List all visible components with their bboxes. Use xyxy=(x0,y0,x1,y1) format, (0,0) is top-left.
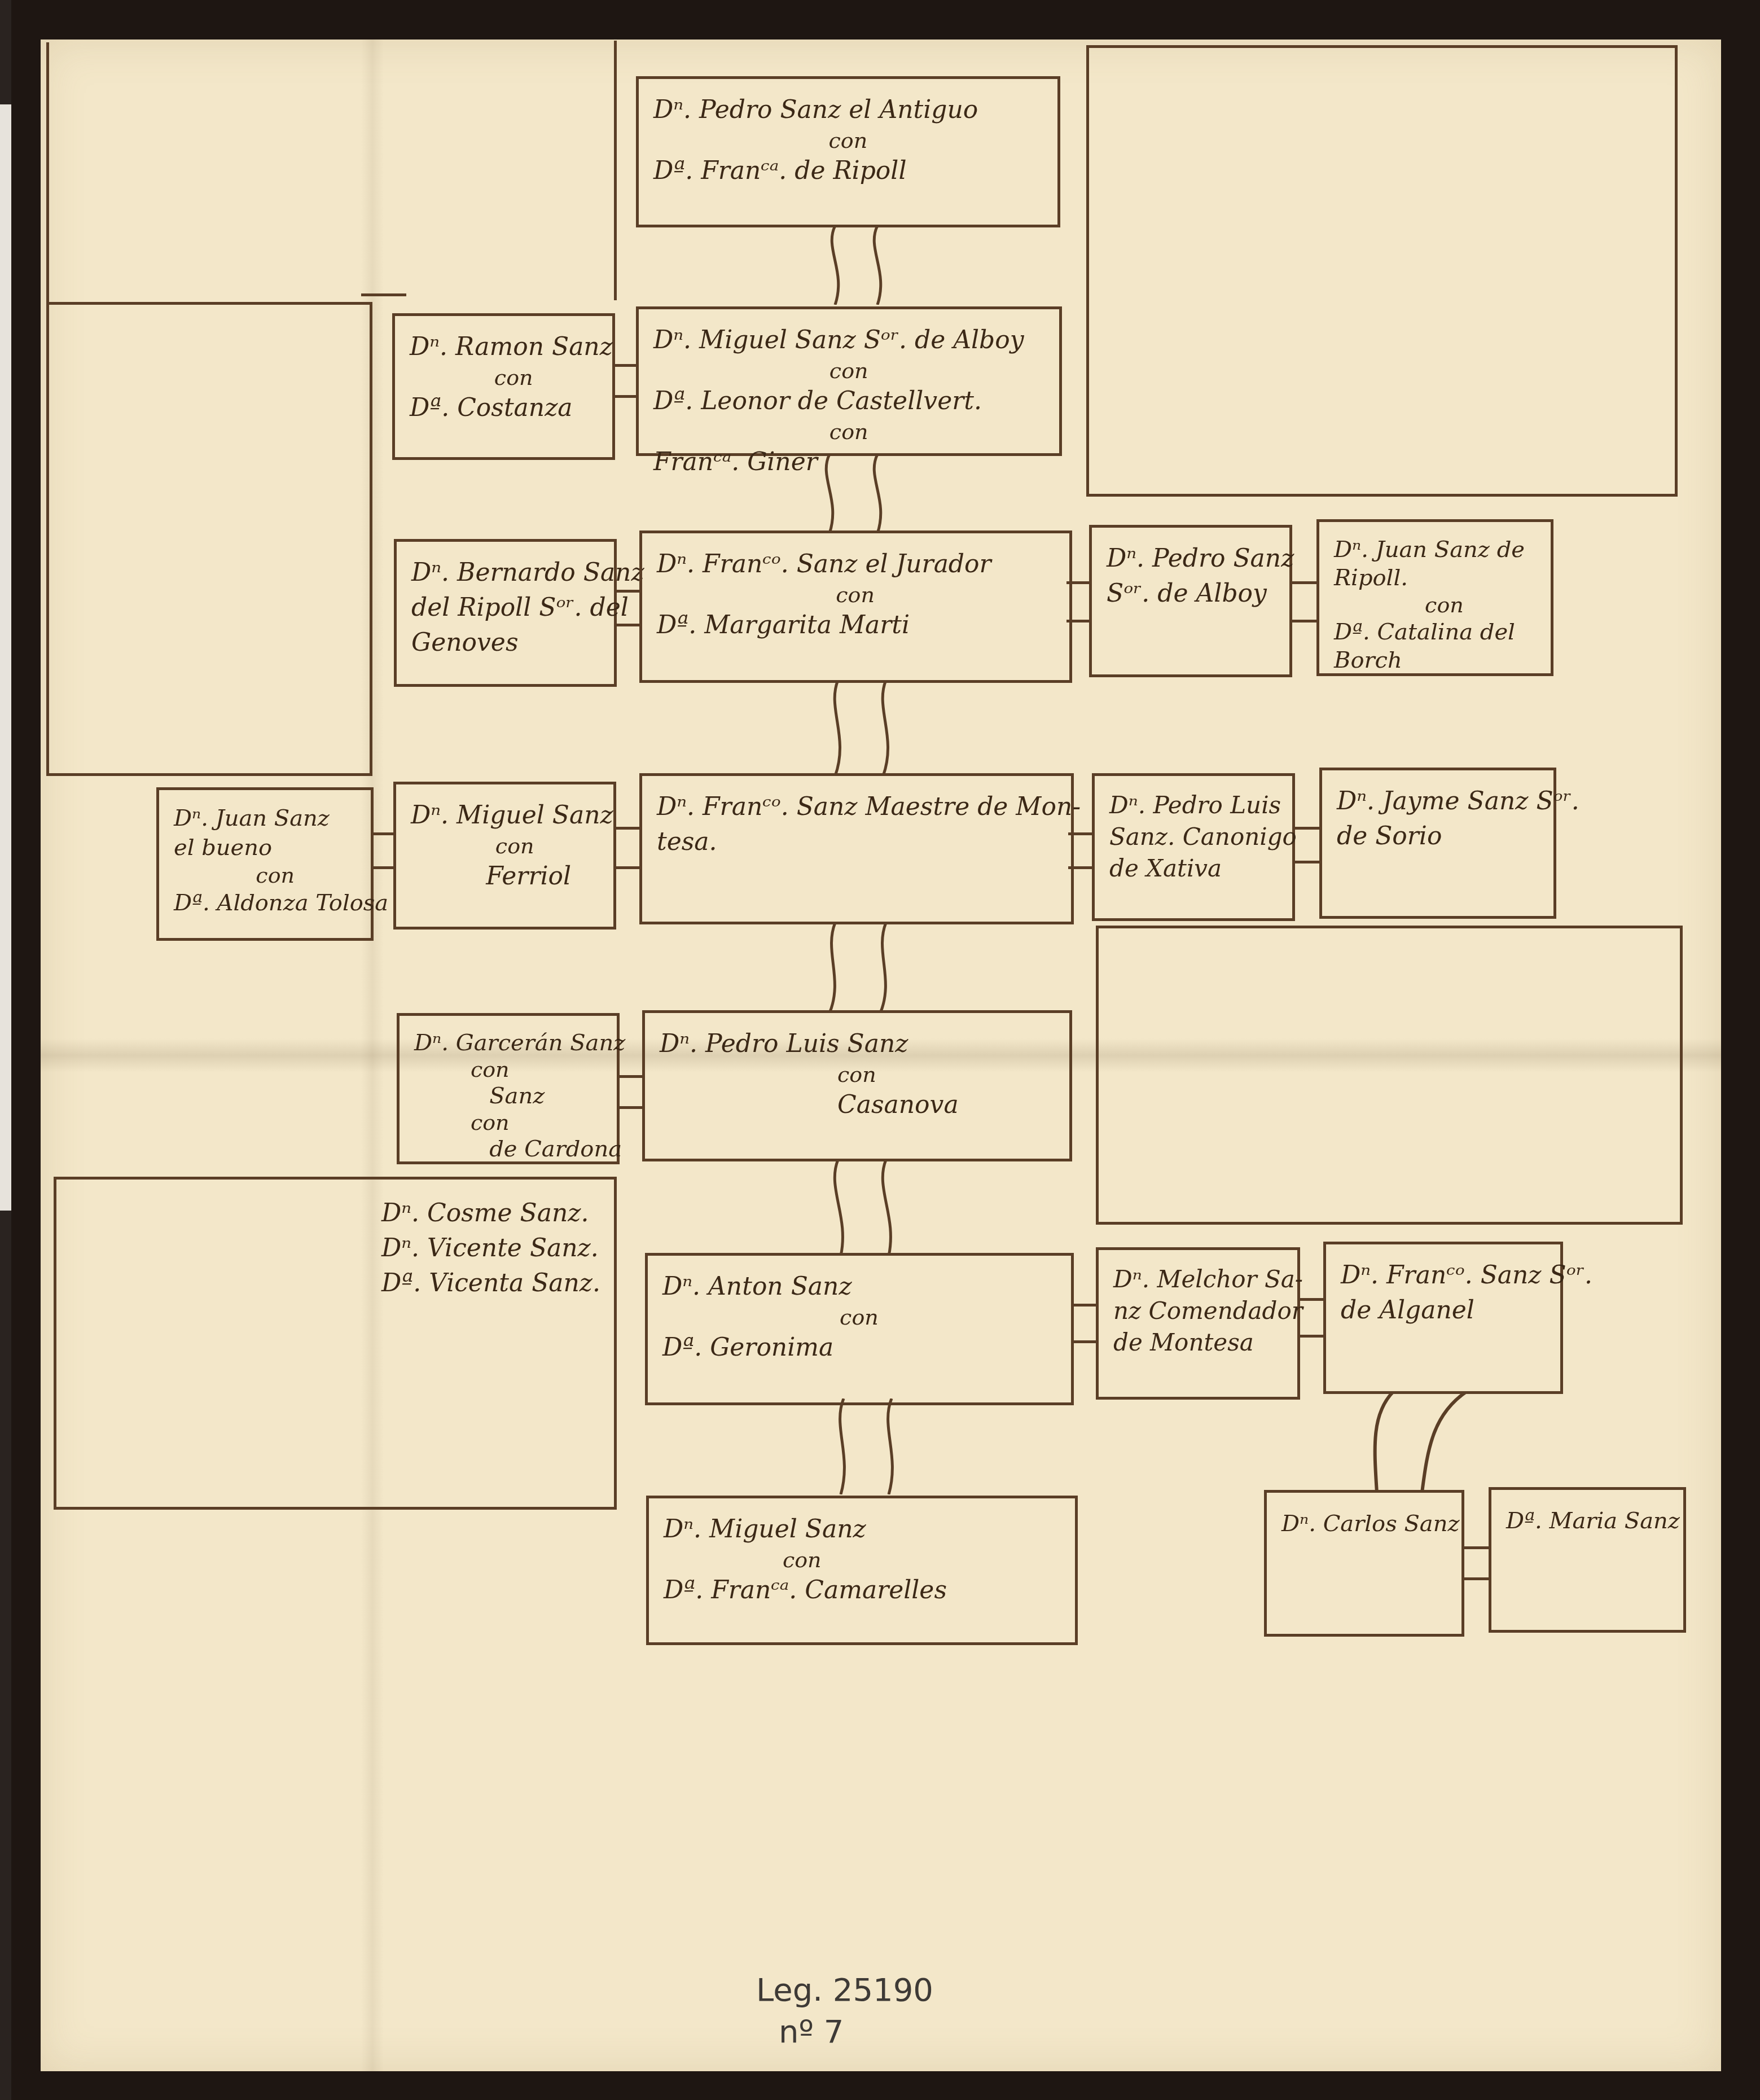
sibling-connector xyxy=(615,866,640,869)
person-title: de Sorio xyxy=(1337,819,1539,854)
empty-frame-top-left-rule xyxy=(361,293,406,296)
person-name: Dⁿ. Anton Sanz xyxy=(662,1269,1056,1304)
person-epithet: el bueno xyxy=(174,833,356,862)
marriage-connector-text: con xyxy=(653,358,1044,384)
spouse-name: Casanova xyxy=(660,1088,1055,1123)
person-name: Dª. Vicenta Sanz. xyxy=(381,1266,600,1301)
person-box-ramon-sanz: Dⁿ. Ramon Sanz con Dª. Costanza xyxy=(392,313,615,460)
person-title: de Alganel xyxy=(1341,1293,1546,1328)
person-title: del Ripoll Sᵒʳ. del xyxy=(411,590,599,625)
person-box-miguel-sanz-ferriol: Dⁿ. Miguel Sanz con Ferriol xyxy=(393,782,616,930)
person-box-melchor-sanz-comendador: Dⁿ. Melchor Sa- nz Comendador de Montesa xyxy=(1096,1247,1300,1400)
sibling-connector xyxy=(1463,1546,1489,1549)
sibling-connector xyxy=(1072,1304,1098,1307)
marriage-connector-text: con xyxy=(660,1062,1055,1088)
marriage-connector-text: con xyxy=(414,1110,602,1136)
person-title: Genoves xyxy=(411,625,599,660)
empty-frame-top-center-left xyxy=(614,41,617,300)
empty-frame-left-upper xyxy=(48,302,372,776)
sibling-connector xyxy=(1066,620,1092,622)
person-title: de Xativa xyxy=(1109,853,1278,884)
person-box-miguel-sanz-alboy: Dⁿ. Miguel Sanz Sᵒʳ. de Alboy con Dª. Le… xyxy=(636,306,1062,456)
person-box-juan-sanz-ripoll: Dⁿ. Juan Sanz de Ripoll. con Dª. Catalin… xyxy=(1316,519,1553,676)
spouse-name-cont: Borch xyxy=(1334,646,1536,674)
person-name: Dⁿ. Franᶜᵒ. Sanz el Jurador xyxy=(657,547,1055,582)
person-name: Dª. Maria Sanz xyxy=(1506,1503,1669,1538)
color-card-edge xyxy=(0,104,11,1211)
sibling-connector xyxy=(1068,866,1094,869)
person-box-juan-sanz-el-bueno: Dⁿ. Juan Sanz el bueno con Dª. Aldonza T… xyxy=(156,787,374,941)
sibling-connector xyxy=(1299,1335,1324,1338)
sibling-connector xyxy=(615,364,638,367)
sibling-connector xyxy=(1294,827,1319,830)
person-name: Dⁿ. Pedro Sanz el Antiguo xyxy=(653,93,1043,128)
person-name: Dⁿ. Vicente Sanz. xyxy=(381,1231,600,1266)
empty-frame-top-right xyxy=(1086,45,1678,497)
person-title: de Montesa xyxy=(1113,1327,1283,1358)
person-box-bernardo-sanz: Dⁿ. Bernardo Sanz del Ripoll Sᵒʳ. del Ge… xyxy=(394,539,617,687)
person-name: Dⁿ. Carlos Sanz xyxy=(1281,1506,1447,1541)
person-name: Dⁿ. Cosme Sanz. xyxy=(381,1196,600,1231)
person-name: Dⁿ. Pedro Luis Sanz xyxy=(660,1027,1055,1062)
person-box-pedro-luis-sanz-casanova: Dⁿ. Pedro Luis Sanz con Casanova xyxy=(642,1010,1072,1161)
sibling-connector xyxy=(1068,832,1094,835)
sibling-connector xyxy=(615,827,640,830)
marriage-connector-text: con xyxy=(657,582,1055,608)
descent-line-icon xyxy=(824,226,892,305)
spouse-name: Dª. Franᶜᵃ. Camarelles xyxy=(664,1573,1060,1608)
descent-line-icon xyxy=(824,680,897,776)
sibling-connector xyxy=(1294,861,1319,863)
person-box-francisco-sanz-maestre-montesa: Dⁿ. Franᶜᵒ. Sanz Maestre de Mon- tesa. xyxy=(639,773,1074,924)
descent-line-icon xyxy=(827,1160,900,1256)
descent-line-icon xyxy=(818,923,897,1013)
sibling-connector xyxy=(372,866,396,869)
person-box-anton-sanz: Dⁿ. Anton Sanz con Dª. Geronima xyxy=(645,1253,1074,1405)
sibling-connector xyxy=(615,395,638,398)
person-box-maria-sanz: Dª. Maria Sanz xyxy=(1489,1487,1686,1633)
sibling-connector xyxy=(1299,1298,1324,1301)
spouse-name: Dª. Margarita Marti xyxy=(657,608,1055,643)
sibling-connector xyxy=(1066,581,1092,584)
spouse-name: Dª. Leonor de Castellvert. xyxy=(653,384,1044,419)
person-name: Dⁿ. Juan Sanz xyxy=(174,804,356,833)
person-name: Dⁿ. Miguel Sanz Sᵒʳ. de Alboy xyxy=(653,323,1044,358)
person-name: Dⁿ. Pedro Luis xyxy=(1109,790,1278,821)
descent-line-icon xyxy=(1371,1391,1484,1493)
spouse-name: Dª. Franᶜᵃ. de Ripoll xyxy=(653,154,1043,188)
sibling-connector xyxy=(1463,1577,1489,1580)
person-box-siblings-cosme-vicente-vicenta: Dⁿ. Cosme Sanz. Dⁿ. Vicente Sanz. Dª. Vi… xyxy=(367,1182,615,1307)
sibling-connector xyxy=(617,590,640,593)
spouse-name: Sanz xyxy=(414,1082,602,1110)
person-name: Dⁿ. Franᶜᵒ. Sanz Sᵒʳ. xyxy=(1341,1258,1546,1293)
archive-item-number: nº 7 xyxy=(756,2011,933,2053)
person-name: Dⁿ. Bernardo Sanz xyxy=(411,555,599,590)
spouse-name: Dª. Costanza xyxy=(410,391,598,426)
person-box-garceran-sanz: Dⁿ. Garcerán Sanz con Sanz con de Cardon… xyxy=(397,1013,620,1164)
marriage-connector-text: con xyxy=(414,1056,602,1082)
person-name: Dⁿ. Melchor Sa- xyxy=(1113,1264,1283,1295)
person-name: Dⁿ. Juan Sanz de xyxy=(1334,536,1536,564)
person-name: Dⁿ. Miguel Sanz xyxy=(664,1512,1060,1547)
person-title: Sᵒʳ. de Alboy xyxy=(1107,576,1275,611)
scanner-edge-strip xyxy=(0,0,11,2100)
spouse-name: Ferriol xyxy=(411,859,599,894)
marriage-connector-text: con xyxy=(1334,592,1536,618)
person-name: Dⁿ. Miguel Sanz xyxy=(411,798,599,833)
archive-reference-mark: Leg. 25190 nº 7 xyxy=(756,1970,933,2053)
marriage-connector-text: con xyxy=(662,1304,1056,1330)
empty-frame-mid-right xyxy=(1096,926,1683,1225)
spouse-name: Dª. Catalina del xyxy=(1334,618,1536,646)
marriage-connector-text: con xyxy=(174,862,356,888)
marriage-connector-text: con xyxy=(411,833,599,859)
person-title: nz Comendador xyxy=(1113,1295,1283,1327)
marriage-connector-text: con xyxy=(653,419,1044,445)
person-title: Sanz. Canonigo xyxy=(1109,821,1278,853)
person-name: Dⁿ. Garcerán Sanz xyxy=(414,1029,602,1056)
spouse-name-2: de Cardona xyxy=(414,1136,602,1163)
person-name: Dⁿ. Jayme Sanz Sᵒʳ. xyxy=(1337,784,1539,819)
person-name-cont: Ripoll. xyxy=(1334,564,1536,592)
person-box-pedro-sanz-alboy: Dⁿ. Pedro Sanz Sᵒʳ. de Alboy xyxy=(1089,525,1292,677)
person-box-francisco-sanz-jurador: Dⁿ. Franᶜᵒ. Sanz el Jurador con Dª. Marg… xyxy=(639,531,1072,683)
sibling-connector xyxy=(1291,620,1316,622)
spouse-name: Dª. Geronima xyxy=(662,1330,1056,1365)
spouse-name: Dª. Aldonza Tolosa xyxy=(174,888,356,918)
marriage-connector-text: con xyxy=(664,1547,1060,1573)
sibling-connector xyxy=(620,1075,643,1078)
archive-bundle-number: Leg. 25190 xyxy=(756,1970,933,2011)
sibling-connector xyxy=(1291,581,1316,584)
person-name: Dⁿ. Ramon Sanz xyxy=(410,330,598,365)
person-title-cont: tesa. xyxy=(657,825,1056,860)
sibling-connector xyxy=(617,624,640,626)
marriage-connector-text: con xyxy=(653,128,1043,154)
marriage-connector-text: con xyxy=(410,365,598,391)
person-name: Dⁿ. Pedro Sanz xyxy=(1107,541,1275,576)
person-box-carlos-sanz: Dⁿ. Carlos Sanz xyxy=(1264,1490,1464,1637)
person-box-pedro-sanz-antiguo: Dⁿ. Pedro Sanz el Antiguo con Dª. Franᶜᵃ… xyxy=(636,76,1060,227)
sibling-connector xyxy=(620,1106,643,1109)
person-name: Dⁿ. Franᶜᵒ. Sanz Maestre de Mon- xyxy=(657,790,1056,825)
sibling-connector xyxy=(372,832,396,835)
descent-line-icon xyxy=(829,1398,903,1494)
person-box-pedro-luis-sanz-canonigo: Dⁿ. Pedro Luis Sanz. Canonigo de Xativa xyxy=(1092,773,1295,921)
descent-line-icon xyxy=(818,454,892,533)
person-box-jayme-sanz-sorio: Dⁿ. Jayme Sanz Sᵒʳ. de Sorio xyxy=(1319,768,1556,919)
sibling-connector xyxy=(1072,1340,1098,1343)
person-box-miguel-sanz-camarelles: Dⁿ. Miguel Sanz con Dª. Franᶜᵃ. Camarell… xyxy=(646,1496,1078,1645)
person-box-francisco-sanz-alganel: Dⁿ. Franᶜᵒ. Sanz Sᵒʳ. de Alganel xyxy=(1323,1242,1563,1394)
